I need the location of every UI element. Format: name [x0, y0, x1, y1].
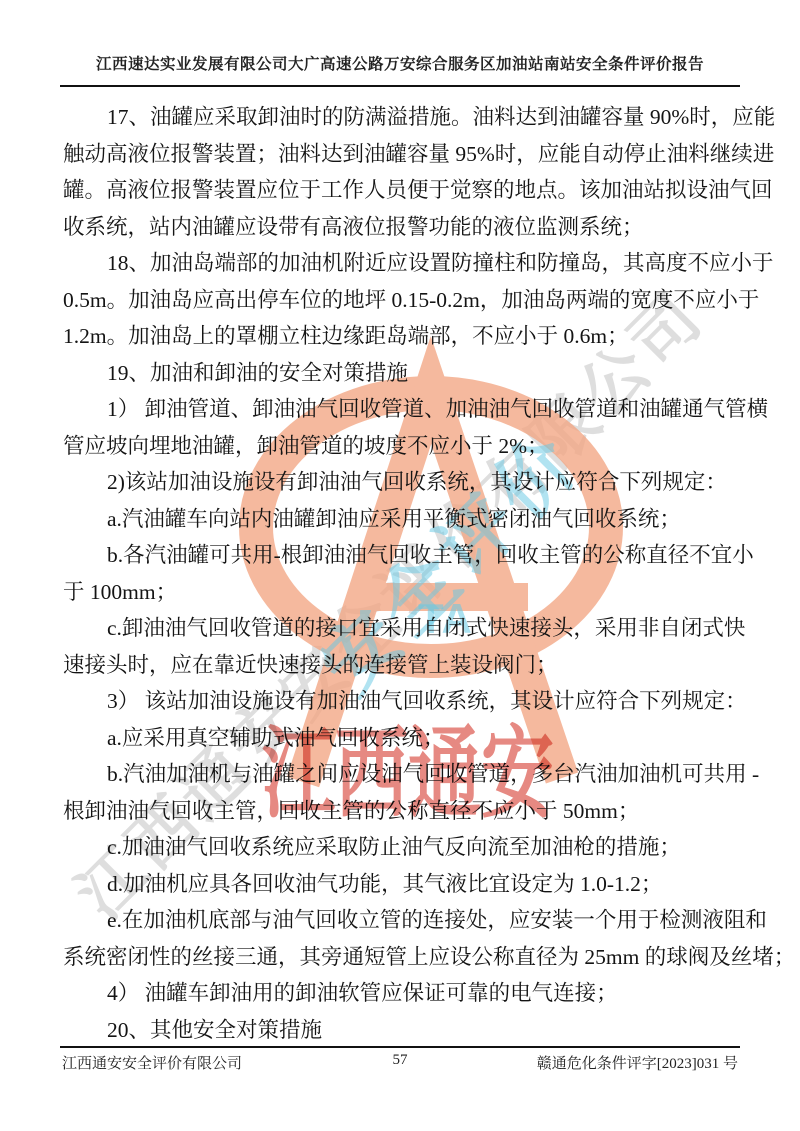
footer-company-name: 江西通安安全评价有限公司	[62, 1052, 242, 1073]
body-text-line: 3） 该站加油设施设有加油油气回收系统，其设计应符合下列规定：	[63, 683, 739, 720]
body-text-line: 根卸油油气回收主管，回收主管的公称直径不应小于 50mm；	[63, 793, 739, 830]
report-page: 江西通安安全评价有限公司 安全评价 TA 江西速达实业发展有限公司大广高速公路万…	[0, 0, 800, 1131]
body-text-line: 于 100mm；	[63, 574, 739, 611]
body-text-line: a.应采用真空辅助式油气回收系统；	[63, 720, 739, 757]
body-text-line: 20、其他安全对策措施	[63, 1012, 739, 1049]
body-text-line: c.卸油油气回收管道的接口宜采用自闭式快速接头，采用非自闭式快	[63, 610, 739, 647]
body-text-line: 1） 卸油管道、卸油油气回收管道、加油油气回收管道和油罐通气管横	[63, 391, 739, 428]
report-body-text: 17、油罐应采取卸油时的防满溢措施。油料达到油罐容量 90%时，应能触动高液位报…	[63, 99, 739, 1048]
header-rule	[60, 85, 740, 87]
body-text-line: 系统密闭性的丝接三通，其旁通短管上应设公称直径为 25mm 的球阀及丝堵；	[63, 939, 739, 976]
page-header-title: 江西速达实业发展有限公司大广高速公路万安综合服务区加油站南站安全条件评价报告	[60, 52, 740, 74]
body-text-line: 0.5m。加油岛应高出停车位的地坪 0.15-0.2m，加油岛两端的宽度不应小于	[63, 282, 739, 319]
footer-document-number: 赣通危化条件评字[2023]031 号	[537, 1052, 738, 1073]
body-text-line: 4） 油罐车卸油用的卸油软管应保证可靠的电气连接；	[63, 975, 739, 1012]
body-text-line: 2)该站加油设施设有卸油油气回收系统，其设计应符合下列规定：	[63, 464, 739, 501]
body-text-line: d.加油机应具各回收油气功能，其气液比宜设定为 1.0-1.2；	[63, 866, 739, 903]
body-text-line: 17、油罐应采取卸油时的防满溢措施。油料达到油罐容量 90%时，应能	[63, 99, 739, 136]
body-text-line: 18、加油岛端部的加油机附近应设置防撞柱和防撞岛，其高度不应小于	[63, 245, 739, 282]
body-text-line: c.加油油气回收系统应采取防止油气反向流至加油枪的措施；	[63, 829, 739, 866]
body-text-line: b.汽油加油机与油罐之间应设油气回收管道，多台汽油加油机可共用 -	[63, 756, 739, 793]
body-text-line: 罐。高液位报警装置应位于工作人员便于觉察的地点。该加油站拟设油气回	[63, 172, 739, 209]
body-text-line: 19、加油和卸油的安全对策措施	[63, 355, 739, 392]
body-text-line: 速接头时，应在靠近快速接头的连接管上装设阀门；	[63, 647, 739, 684]
body-text-line: e.在加油机底部与油气回收立管的连接处，应安装一个用于检测液阻和	[63, 902, 739, 939]
body-text-line: b.各汽油罐可共用-根卸油油气回收主管，回收主管的公称直径不宜小	[63, 537, 739, 574]
body-text-line: 收系统，站内油罐应设带有高液位报警功能的液位监测系统；	[63, 209, 739, 246]
body-text-line: 1.2m。加油岛上的罩棚立柱边缘距岛端部，不应小于 0.6m；	[63, 318, 739, 355]
document-content: 江西速达实业发展有限公司大广高速公路万安综合服务区加油站南站安全条件评价报告 1…	[0, 0, 800, 1131]
page-footer: 57 江西通安安全评价有限公司 赣通危化条件评字[2023]031 号	[62, 1052, 738, 1073]
body-text-line: 管应坡向埋地油罐，卸油管道的坡度不应小于 2%；	[63, 428, 739, 465]
footer-rule	[60, 1046, 740, 1048]
body-text-line: a.汽油罐车向站内油罐卸油应采用平衡式密闭油气回收系统；	[63, 501, 739, 538]
body-text-line: 触动高液位报警装置；油料达到油罐容量 95%时，应能自动停止油料继续进	[63, 136, 739, 173]
